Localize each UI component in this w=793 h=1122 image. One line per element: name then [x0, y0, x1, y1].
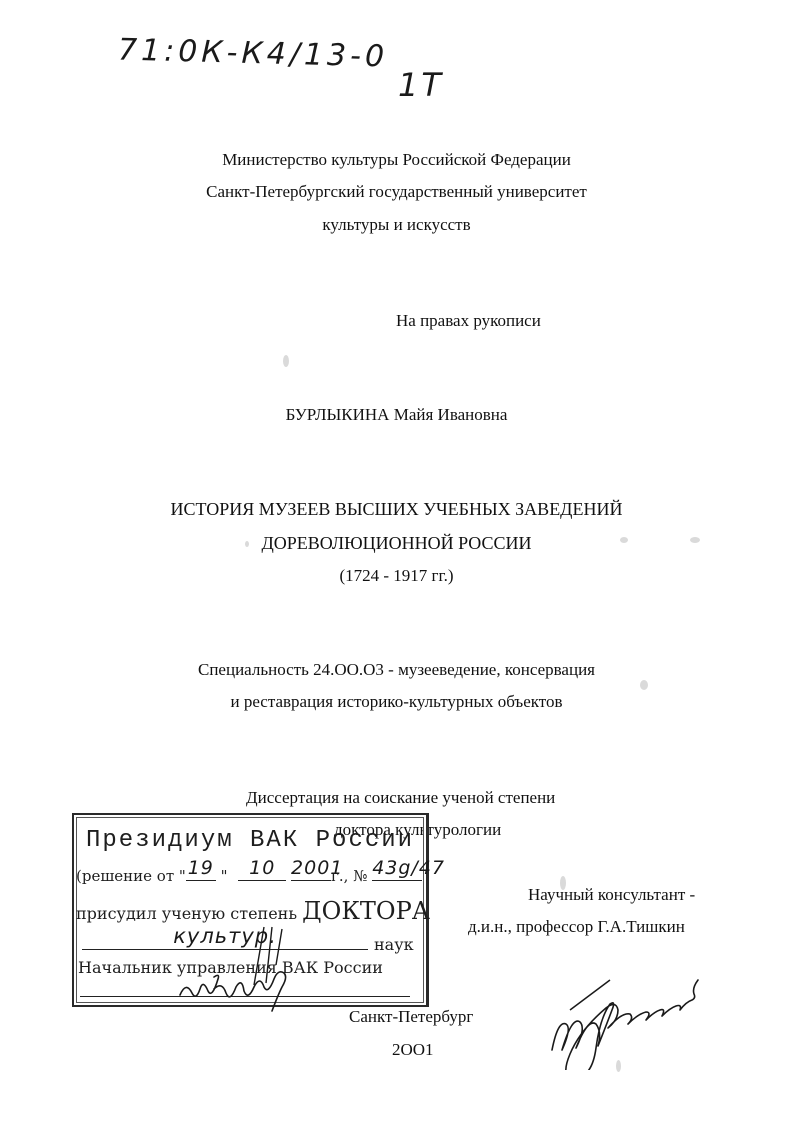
scan-speck [620, 537, 628, 543]
stamp-field-row: культур. [82, 921, 368, 954]
stamp-decision: (решение от "19 " 10 2001г., № 43g/47 [76, 867, 422, 885]
university-line-2: культуры и искусств [0, 215, 793, 235]
consultant-signature-icon [540, 940, 760, 1070]
scan-speck [640, 680, 648, 690]
decision-day-handwritten: 19 [186, 857, 216, 879]
title-line-2: ДОРЕВОЛЮЦИОННОЙ РОССИИ [0, 533, 793, 554]
scan-speck [283, 355, 289, 367]
consultant-name: д.и.н., профессор Г.А.Тишкин [468, 917, 685, 937]
archive-code-handwritten: 71:0К-К4/13-0 [118, 32, 389, 74]
footer-city: Санкт-Петербург [349, 1007, 473, 1027]
consultant-label: Научный консультант - [528, 885, 695, 905]
decision-month-handwritten: 10 [238, 857, 286, 879]
title-years: (1724 - 1917 гг.) [0, 566, 793, 586]
stamp-field-suffix: наук [374, 935, 414, 954]
scan-speck [560, 876, 566, 890]
manuscript-rights: На правах рукописи [396, 311, 541, 331]
scan-speck [690, 537, 700, 543]
scan-speck [245, 541, 249, 547]
dissertation-line-1: Диссертация на соискание ученой степени [246, 788, 555, 808]
vak-stamp: Президиум ВАК России (решение от "19 " 1… [72, 813, 429, 1007]
stamp-title: Президиум ВАК России [86, 827, 414, 854]
handwriting-stroke-icon [242, 925, 302, 1005]
specialty-line-1: Специальность 24.ОО.О3 - музееведение, к… [0, 660, 793, 680]
scan-speck [616, 1060, 621, 1072]
author-name: БУРЛЫКИНА Майя Ивановна [0, 405, 793, 425]
university-line-1: Санкт-Петербургский государственный унив… [0, 182, 793, 202]
footer-year: 2OO1 [392, 1040, 434, 1060]
decision-number-handwritten: 43g/47 [372, 857, 422, 879]
title-line-1: ИСТОРИЯ МУЗЕЕВ ВЫСШИХ УЧЕБНЫХ ЗАВЕДЕНИЙ [0, 499, 793, 520]
field-handwritten: культур. [82, 924, 368, 948]
stamp-decision-prefix: (решение от " [76, 867, 186, 885]
ministry-line: Министерство культуры Российской Федерац… [0, 150, 793, 170]
specialty-line-2: и реставрация историко-культурных объект… [0, 692, 793, 712]
archive-code-suffix: 1Т [398, 66, 444, 104]
stamp-decision-mid: " [221, 867, 228, 885]
decision-year-handwritten: 2001 [291, 857, 331, 879]
